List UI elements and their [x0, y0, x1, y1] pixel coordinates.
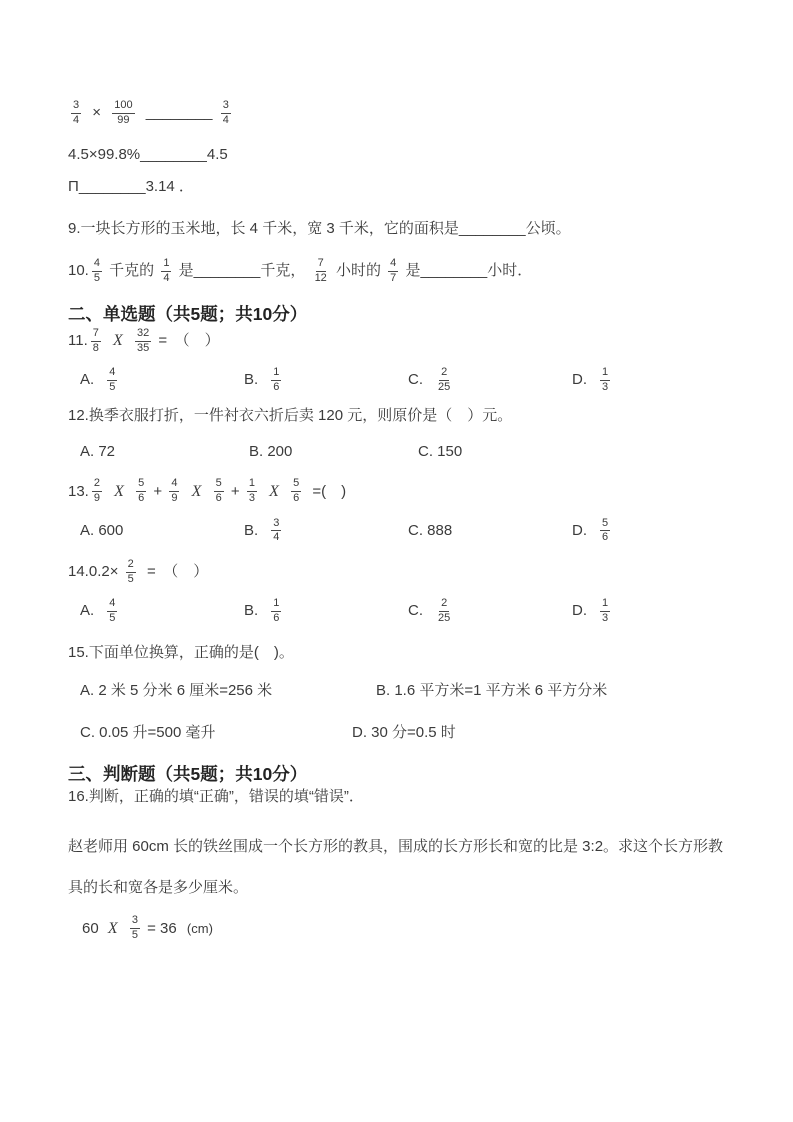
option-d: D. 13 [572, 597, 613, 626]
fraction: 13 [247, 477, 257, 506]
fraction: 56 [214, 477, 224, 506]
option-b: B. 34 [244, 517, 408, 546]
question-12: 12.换季衣服打折，一件衬衣六折后卖 120 元，则原价是（ ）元。 [68, 405, 735, 427]
option-b: B. 16 [244, 366, 408, 395]
fraction: 712 [313, 257, 329, 286]
fraction: 56 [136, 477, 146, 506]
option-label: D. [572, 520, 587, 542]
fraction: 45 [107, 597, 117, 626]
equals-parens: =( ) [312, 483, 346, 500]
fraction: 29 [92, 477, 102, 506]
multiply-x-sign: X [192, 483, 202, 500]
fraction-denominator: 5 [107, 381, 117, 395]
answer-blank: ________ [146, 104, 213, 121]
fraction: 56 [291, 477, 301, 506]
question-text: 千克的 [109, 262, 154, 279]
option-label: A. [80, 369, 94, 391]
option-label: D. [572, 369, 587, 391]
fraction-numerator: 1 [161, 257, 171, 272]
fraction-denominator: 7 [388, 272, 398, 286]
fill-blank-line-2: 4.5×99.8%________4.5 [68, 144, 735, 166]
question-14-options: A. 45 B. 16 C. 225 D. 13 [68, 597, 735, 626]
option-a: A. 72 [80, 441, 249, 463]
option-label: B. [244, 369, 258, 391]
question-text: 是________千克， [179, 262, 306, 279]
question-number: 14.0.2× [68, 563, 118, 580]
option-d: D. 13 [572, 366, 613, 395]
fraction: 45 [92, 257, 102, 286]
fraction-denominator: 35 [135, 342, 151, 356]
fraction-numerator: 100 [112, 99, 134, 114]
fraction: 10099 [112, 99, 134, 128]
fraction-denominator: 3 [600, 381, 610, 395]
option-label: B. [244, 520, 258, 542]
option-label: C. [408, 369, 423, 391]
fraction-denominator: 12 [313, 272, 329, 286]
plus-sign: + [231, 483, 240, 500]
equals-result: = 36 [147, 920, 177, 937]
fraction-numerator: 3 [271, 517, 281, 532]
fraction-numerator: 3 [221, 99, 231, 114]
question-15: 15.下面单位换算，正确的是( )。 [68, 642, 735, 664]
fraction-denominator: 9 [92, 492, 102, 506]
fraction-numerator: 1 [247, 477, 257, 492]
question-15-options-ab: A. 2 米 5 分米 6 厘米=256 米 B. 1.6 平方米=1 平方米 … [68, 680, 735, 702]
fill-blank-line-3: Π________3.14 ． [68, 176, 735, 198]
fraction-denominator: 4 [271, 531, 281, 545]
fraction: 34 [271, 517, 281, 546]
fraction-denominator: 3 [247, 492, 257, 506]
option-b: B. 16 [244, 597, 408, 626]
fraction-numerator: 4 [92, 257, 102, 272]
fraction-numerator: 4 [388, 257, 398, 272]
equals-parens: = （ ） [158, 332, 219, 349]
equals-parens: = （ ） [147, 563, 208, 580]
fraction-denominator: 6 [271, 612, 281, 626]
multiply-x-sign: X [108, 920, 118, 937]
fraction-denominator: 25 [436, 612, 452, 626]
fraction: 225 [436, 366, 452, 395]
fraction-denominator: 6 [291, 492, 301, 506]
fraction-numerator: 1 [600, 366, 610, 381]
fraction: 78 [91, 327, 101, 356]
option-label: D. [572, 600, 587, 622]
section-heading-multiple-choice: 二、单选题（共5题；共10分） [68, 302, 735, 326]
option-c: C. 888 [408, 520, 572, 542]
fraction: 34 [71, 99, 81, 128]
question-13-options: A. 600 B. 34 C. 888 D. 56 [68, 517, 735, 546]
fraction: 45 [107, 366, 117, 395]
fraction-denominator: 6 [136, 492, 146, 506]
question-12-options: A. 72 B. 200 C. 150 [68, 441, 735, 463]
fraction-numerator: 4 [107, 366, 117, 381]
fraction-denominator: 99 [115, 114, 131, 128]
option-a: A. 45 [80, 366, 244, 395]
option-b: B. 1.6 平方米=1 平方米 6 平方分米 [376, 680, 607, 702]
question-text: 是________小时． [405, 262, 532, 279]
fraction-denominator: 4 [221, 114, 231, 128]
question-11-options: A. 45 B. 16 C. 225 D. 13 [68, 366, 735, 395]
fraction: 225 [436, 597, 452, 626]
option-c: C. 0.05 升=500 毫升 [80, 722, 352, 744]
fraction: 49 [169, 477, 179, 506]
option-label: B. [244, 600, 258, 622]
fraction: 16 [271, 366, 281, 395]
fraction-denominator: 4 [161, 272, 171, 286]
fraction-numerator: 5 [214, 477, 224, 492]
fraction-denominator: 5 [130, 929, 140, 943]
fraction: 35 [130, 914, 140, 943]
question-number: 13. [68, 483, 89, 500]
fill-blank-line-1: 34 × 10099 ________ 34 [68, 98, 735, 128]
option-label: A. [80, 600, 94, 622]
option-a: A. 2 米 5 分米 6 厘米=256 米 [80, 680, 376, 702]
fraction-numerator: 2 [439, 366, 449, 381]
question-16-solution: 60 X 35 = 36 (cm) [68, 914, 735, 944]
fraction-denominator: 6 [271, 381, 281, 395]
fraction-denominator: 5 [107, 612, 117, 626]
fraction: 34 [221, 99, 231, 128]
fraction-denominator: 4 [71, 114, 81, 128]
question-13: 13.29 X 56 + 49 X 56 + 13 X 56 =( ) [68, 477, 735, 507]
fraction: 13 [600, 366, 610, 395]
option-c: C. 225 [408, 597, 572, 626]
unit-label: (cm) [187, 921, 213, 936]
question-9: 9.一块长方形的玉米地，长 4 千米，宽 3 千米，它的面积是________公… [68, 218, 735, 240]
fraction-numerator: 2 [126, 558, 136, 573]
fraction-numerator: 2 [92, 477, 102, 492]
fraction: 13 [600, 597, 610, 626]
plus-sign: + [153, 483, 162, 500]
option-c: C. 150 [418, 441, 462, 463]
fraction: 56 [600, 517, 610, 546]
option-label: C. [408, 600, 423, 622]
option-d: D. 30 分=0.5 时 [352, 722, 456, 744]
question-16-problem-text: 赵老师用 60cm 长的铁丝围成一个长方形的教具，围成的长方形长和宽的比是 3:… [68, 826, 735, 908]
multiply-x-sign: X [114, 483, 124, 500]
fraction-numerator: 2 [439, 597, 449, 612]
fraction: 16 [271, 597, 281, 626]
question-number: 10. [68, 262, 89, 279]
fraction-numerator: 1 [600, 597, 610, 612]
fraction-numerator: 32 [135, 327, 151, 342]
section-heading-true-false: 三、判断题（共5题；共10分） [68, 762, 735, 786]
question-10: 10.45 千克的 14 是________千克， 712 小时的 47 是__… [68, 256, 735, 286]
fraction-numerator: 3 [130, 914, 140, 929]
option-c: C. 225 [408, 366, 572, 395]
fraction-numerator: 1 [271, 597, 281, 612]
fraction-denominator: 6 [600, 531, 610, 545]
question-16: 16.判断，正确的填“正确”，错误的填“错误”． [68, 786, 735, 808]
fraction-denominator: 5 [92, 272, 102, 286]
fraction-denominator: 8 [91, 342, 101, 356]
question-14: 14.0.2× 25 = （ ） [68, 557, 735, 587]
fraction: 3235 [135, 327, 151, 356]
fraction-numerator: 7 [91, 327, 101, 342]
fraction: 47 [388, 257, 398, 286]
question-number: 11. [68, 332, 88, 349]
fraction-numerator: 7 [316, 257, 326, 272]
fraction-numerator: 4 [169, 477, 179, 492]
fraction: 25 [126, 558, 136, 587]
option-d: D. 56 [572, 517, 613, 546]
fraction-numerator: 1 [271, 366, 281, 381]
option-a: A. 600 [80, 520, 244, 542]
option-a: A. 45 [80, 597, 244, 626]
question-15-options-cd: C. 0.05 升=500 毫升 D. 30 分=0.5 时 [68, 722, 735, 744]
fraction-numerator: 5 [136, 477, 146, 492]
fraction-denominator: 5 [126, 573, 136, 587]
fraction-numerator: 4 [107, 597, 117, 612]
fraction-denominator: 9 [169, 492, 179, 506]
fraction-numerator: 5 [600, 517, 610, 532]
fraction-denominator: 3 [600, 612, 610, 626]
fraction-denominator: 25 [436, 381, 452, 395]
multiply-x-sign: X [269, 483, 279, 500]
fraction-denominator: 6 [214, 492, 224, 506]
question-text: 小时的 [336, 262, 381, 279]
question-11: 11.78 X 3235 = （ ） [68, 326, 735, 356]
fraction-numerator: 5 [291, 477, 301, 492]
option-b: B. 200 [249, 441, 418, 463]
fraction-numerator: 3 [71, 99, 81, 114]
worksheet-page: 34 × 10099 ________ 34 4.5×99.8%________… [0, 0, 793, 944]
multiply-sign: × [92, 104, 101, 121]
fraction: 14 [161, 257, 171, 286]
multiply-x-sign: X [113, 332, 123, 349]
number: 60 [82, 920, 99, 937]
